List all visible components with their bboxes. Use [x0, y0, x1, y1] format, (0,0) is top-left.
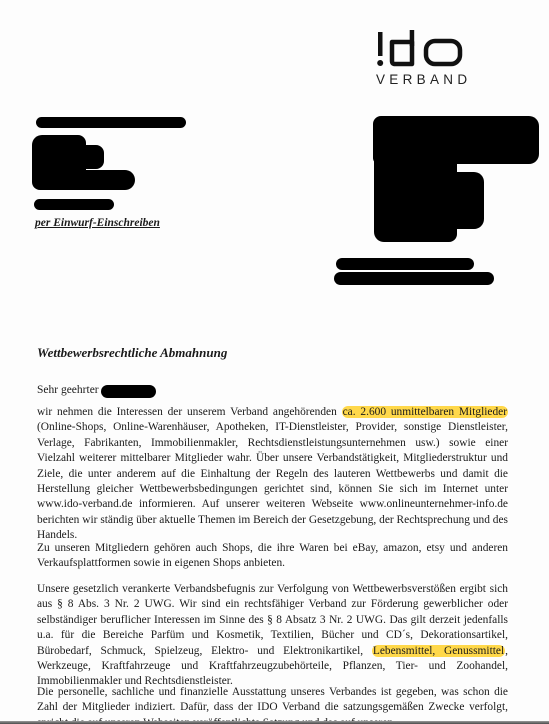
delivery-method: per Einwurf-Einschreiben — [35, 217, 160, 229]
paragraph-membership: wir nehmen die Interessen der unserem Ve… — [37, 405, 508, 544]
paragraph-legal-basis: Unsere gesetzlich verankerte Verbandsbef… — [37, 582, 508, 690]
redacted-text — [34, 199, 114, 210]
ido-logo-mark — [372, 28, 467, 68]
paragraph-resources: Die personelle, sachliche und finanziell… — [37, 685, 508, 724]
highlighted-text: ca. 2.600 unmittelbaren Mitglieder — [342, 406, 508, 418]
redacted-name — [101, 385, 156, 398]
redacted-text — [36, 117, 186, 128]
salutation-text: Sehr geehrter — [37, 384, 99, 396]
paragraph-text: (Online-Shops, Online-Warenhäuser, Apoth… — [37, 421, 508, 541]
redacted-text — [32, 170, 135, 190]
ido-verband-logo: VERBAND — [372, 28, 467, 87]
redacted-text — [336, 258, 474, 270]
highlighted-text: Lebensmittel, Genussmittel — [372, 645, 505, 657]
letter-subject: Wettbewerbsrechtliche Abmahnung — [37, 345, 227, 361]
salutation: Sehr geehrter — [37, 384, 99, 396]
redacted-text — [32, 145, 104, 169]
ido-logo-icon — [374, 28, 466, 68]
redacted-text — [334, 272, 494, 285]
letter-page: VERBAND per Einwurf-Einschreiben Wettbew… — [0, 0, 549, 724]
logo-subtitle: VERBAND — [376, 72, 467, 87]
paragraph-shops: Zu unseren Mitgliedern gehören auch Shop… — [37, 541, 508, 572]
redacted-text — [440, 172, 484, 229]
paragraph-text: wir nehmen die Interessen der unserem Ve… — [37, 406, 342, 418]
